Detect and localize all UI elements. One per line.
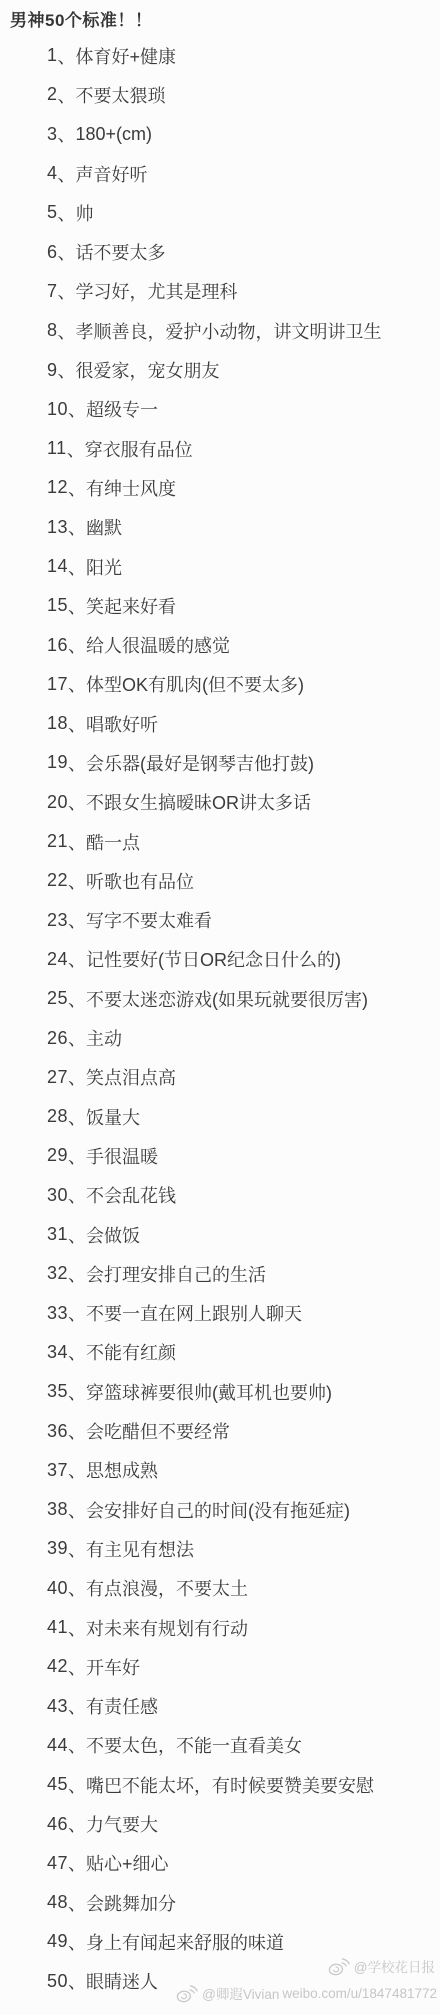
item-separator: 、 [68,1693,86,1719]
item-number: 30 [47,1185,68,1206]
item-separator: 、 [68,1732,86,1758]
item-number: 9 [47,360,58,381]
item-separator: 、 [68,907,86,933]
item-number: 26 [47,1028,68,1049]
list-item: 11、穿衣服有品位 [47,429,382,468]
page-title: 男神50个标准！！ [10,6,152,31]
item-number: 15 [47,595,68,616]
list-item: 19、会乐器(最好是钢琴吉他打鼓) [47,743,382,782]
item-number: 41 [47,1617,68,1638]
item-number: 23 [47,910,68,931]
item-text: 贴心+细心 [86,1850,169,1876]
list-item: 35、穿篮球裤要很帅(戴耳机也要帅) [47,1372,382,1411]
item-text: 有点浪漫，不要太土 [86,1575,248,1601]
item-separator: 、 [68,632,86,658]
item-text: 力气要大 [86,1811,158,1837]
item-number: 42 [47,1656,68,1677]
item-number: 36 [47,1421,68,1442]
item-separator: 、 [68,1222,86,1248]
item-separator: 、 [67,436,85,462]
item-text: 对未来有规划有行动 [86,1615,248,1641]
list-item: 6、话不要太多 [47,232,382,271]
list-item: 26、主动 [47,1018,382,1057]
watermark-school-flower-daily: @学校花日报 [327,1956,435,1976]
item-text: 酷一点 [86,829,140,855]
item-number: 10 [47,399,68,420]
item-text: 写字不要太难看 [86,907,212,933]
item-separator: 、 [68,1654,86,1680]
weibo-icon [174,1982,200,2004]
item-separator: 、 [68,1261,86,1287]
list-item: 27、笑点泪点高 [47,1058,382,1097]
list-item: 16、给人很温暖的感觉 [47,625,382,664]
item-text: 记性要好(节日OR纪念日什么的) [86,946,341,972]
item-separator: 、 [68,1615,86,1641]
item-text: 不要太迷恋游戏(如果玩就要很厉害) [86,986,368,1012]
item-number: 32 [47,1263,68,1284]
list-item: 14、阳光 [47,547,382,586]
item-number: 5 [47,202,58,223]
item-text: 不能有红颜 [86,1339,176,1365]
item-separator: 、 [68,1772,86,1798]
item-text: 很爱家，宠女朋友 [76,357,220,383]
item-number: 16 [47,635,68,656]
item-text: 有主见有想法 [86,1536,194,1562]
standards-list: 1、体育好+健康2、不要太猥琐3、180+(cm)4、声音好听5、帅6、话不要太… [47,36,382,2001]
item-text: 180+(cm) [76,124,153,145]
list-item: 40、有点浪漫，不要太土 [47,1569,382,1608]
list-item: 46、力气要大 [47,1804,382,1843]
list-item: 8、孝顺善良，爱护小动物，讲文明讲卫生 [47,311,382,350]
item-text: 不跟女生搞暧昧OR讲太多话 [86,789,311,815]
item-separator: 、 [68,1379,86,1405]
item-number: 27 [47,1067,68,1088]
item-separator: 、 [68,986,86,1012]
list-item: 5、帅 [47,193,382,232]
item-separator: 、 [68,789,86,815]
item-separator: 、 [68,868,86,894]
item-separator: 、 [68,396,86,422]
item-number: 8 [47,320,58,341]
item-text: 体育好+健康 [76,43,177,69]
item-separator: 、 [68,1890,86,1916]
item-number: 3 [47,124,58,145]
item-number: 40 [47,1578,68,1599]
list-item: 23、写字不要太难看 [47,901,382,940]
list-item: 3、180+(cm) [47,115,382,154]
item-text: 超级专一 [86,396,158,422]
item-number: 11 [47,438,67,459]
list-item: 29、手很温暖 [47,1136,382,1175]
item-text: 主动 [86,1025,122,1051]
list-item: 25、不要太迷恋游戏(如果玩就要很厉害) [47,979,382,1018]
item-separator: 、 [68,1339,86,1365]
item-separator: 、 [68,1575,86,1601]
item-text: 不要太色，不能一直看美女 [86,1732,302,1758]
item-text: 话不要太多 [76,239,166,265]
item-text: 有责任感 [86,1693,158,1719]
item-text: 会安排好自己的时间(没有拖延症) [86,1497,350,1523]
item-number: 47 [47,1853,68,1874]
list-item: 38、会安排好自己的时间(没有拖延症) [47,1490,382,1529]
item-separator: 、 [68,1025,86,1051]
item-text: 不会乱花钱 [86,1182,176,1208]
item-separator: 、 [58,278,76,304]
list-item: 43、有责任感 [47,1686,382,1725]
list-item: 36、会吃醋但不要经常 [47,1411,382,1450]
item-text: 思想成熟 [86,1457,158,1483]
item-number: 50 [47,1971,68,1992]
item-text: 会乐器(最好是钢琴吉他打鼓) [86,750,314,776]
list-item: 1、体育好+健康 [47,36,382,75]
item-separator: 、 [68,1850,86,1876]
item-separator: 、 [58,121,76,147]
item-text: 孝顺善良，爱护小动物，讲文明讲卫生 [76,318,382,344]
item-text: 给人很温暖的感觉 [86,632,230,658]
list-item: 48、会跳舞加分 [47,1883,382,1922]
item-number: 44 [47,1735,68,1756]
list-item: 10、超级专一 [47,390,382,429]
item-number: 20 [47,792,68,813]
list-item: 32、会打理安排自己的生活 [47,1254,382,1293]
item-number: 49 [47,1931,68,1952]
item-separator: 、 [68,1300,86,1326]
item-number: 31 [47,1224,68,1245]
list-item: 33、不要一直在网上跟别人聊天 [47,1294,382,1333]
list-item: 21、酷一点 [47,822,382,861]
list-item: 20、不跟女生搞暧昧OR讲太多话 [47,783,382,822]
item-separator: 、 [68,1811,86,1837]
list-item: 9、很爱家，宠女朋友 [47,350,382,389]
item-separator: 、 [58,357,76,383]
item-number: 19 [47,752,68,773]
list-item: 28、饭量大 [47,1097,382,1136]
item-text: 唱歌好听 [86,711,158,737]
weibo-icon [326,1955,352,1977]
list-item: 18、唱歌好听 [47,704,382,743]
item-text: 听歌也有品位 [86,868,194,894]
item-text: 开车好 [86,1654,140,1680]
item-separator: 、 [68,750,86,776]
item-separator: 、 [68,829,86,855]
item-number: 18 [47,713,68,734]
list-item: 30、不会乱花钱 [47,1176,382,1215]
item-separator: 、 [68,593,86,619]
list-item: 2、不要太猥琐 [47,75,382,114]
item-number: 4 [47,163,58,184]
item-text: 会吃醋但不要经常 [86,1418,230,1444]
item-number: 21 [47,831,68,852]
item-number: 6 [47,242,58,263]
item-text: 声音好听 [76,161,148,187]
item-number: 37 [47,1460,68,1481]
item-number: 12 [47,477,68,498]
list-item: 13、幽默 [47,508,382,547]
item-number: 38 [47,1499,68,1520]
item-separator: 、 [58,82,76,108]
item-text: 会跳舞加分 [86,1890,176,1916]
item-text: 手很温暖 [86,1143,158,1169]
watermark-handle: @学校花日报 [354,1956,435,1976]
watermark-handle: @卿遐Vivian [202,1983,279,2003]
item-text: 身上有闻起来舒服的味道 [86,1929,284,1955]
watermark-vivian-weibo-url: @卿遐Vivianweibo.com/u/1847481772 [175,1983,437,2003]
item-separator: 、 [68,1143,86,1169]
item-number: 22 [47,870,68,891]
item-number: 43 [47,1696,68,1717]
item-text: 嘴巴不能太坏，有时候要赞美要安慰 [86,1772,374,1798]
watermark-url: weibo.com/u/1847481772 [282,1986,437,2001]
item-separator: 、 [68,1536,86,1562]
item-text: 幽默 [86,514,122,540]
item-text: 笑点泪点高 [86,1064,176,1090]
item-number: 45 [47,1774,68,1795]
item-number: 46 [47,1814,68,1835]
item-number: 48 [47,1892,68,1913]
item-text: 帅 [76,200,94,226]
item-number: 28 [47,1106,68,1127]
list-item: 31、会做饭 [47,1215,382,1254]
item-separator: 、 [68,1064,86,1090]
item-separator: 、 [68,475,86,501]
list-item: 12、有绅士风度 [47,468,382,507]
item-number: 35 [47,1381,68,1402]
item-text: 阳光 [86,554,122,580]
item-separator: 、 [58,200,76,226]
list-item: 15、笑起来好看 [47,586,382,625]
list-item: 4、声音好听 [47,154,382,193]
item-text: 穿篮球裤要很帅(戴耳机也要帅) [86,1379,332,1405]
item-number: 2 [47,84,58,105]
item-text: 饭量大 [86,1104,140,1130]
item-separator: 、 [68,1929,86,1955]
list-item: 34、不能有红颜 [47,1333,382,1372]
list-item: 42、开车好 [47,1647,382,1686]
item-number: 33 [47,1303,68,1324]
list-item: 39、有主见有想法 [47,1529,382,1568]
list-item: 45、嘴巴不能太坏，有时候要赞美要安慰 [47,1765,382,1804]
item-text: 会做饭 [86,1222,140,1248]
item-number: 24 [47,949,68,970]
item-separator: 、 [68,711,86,737]
item-number: 14 [47,556,68,577]
item-separator: 、 [68,514,86,540]
item-separator: 、 [58,318,76,344]
list-item: 44、不要太色，不能一直看美女 [47,1726,382,1765]
item-number: 13 [47,517,68,538]
list-item: 7、学习好，尤其是理科 [47,272,382,311]
item-number: 1 [47,45,58,66]
item-number: 34 [47,1342,68,1363]
item-text: 笑起来好看 [86,593,176,619]
item-separator: 、 [58,161,76,187]
list-item: 22、听歌也有品位 [47,861,382,900]
list-item: 17、体型OK有肌肉(但不要太多) [47,665,382,704]
item-text: 有绅士风度 [86,475,176,501]
item-separator: 、 [68,1104,86,1130]
item-text: 不要太猥琐 [76,82,166,108]
item-number: 25 [47,988,68,1009]
item-separator: 、 [68,671,86,697]
list-item: 47、贴心+细心 [47,1844,382,1883]
item-separator: 、 [68,1418,86,1444]
item-text: 学习好，尤其是理科 [76,278,238,304]
list-item: 24、记性要好(节日OR纪念日什么的) [47,940,382,979]
item-text: 不要一直在网上跟别人聊天 [86,1300,302,1326]
item-text: 穿衣服有品位 [85,436,193,462]
item-separator: 、 [58,239,76,265]
item-text: 体型OK有肌肉(但不要太多) [86,671,304,697]
item-separator: 、 [68,1182,86,1208]
list-item: 41、对未来有规划有行动 [47,1608,382,1647]
item-number: 29 [47,1145,68,1166]
item-number: 7 [47,281,58,302]
list-item: 37、思想成熟 [47,1451,382,1490]
item-separator: 、 [68,1968,86,1994]
item-separator: 、 [68,554,86,580]
item-separator: 、 [68,1497,86,1523]
item-separator: 、 [58,43,76,69]
item-number: 39 [47,1538,68,1559]
item-text: 眼睛迷人 [86,1968,158,1994]
item-number: 17 [47,674,68,695]
item-separator: 、 [68,1457,86,1483]
item-separator: 、 [68,946,86,972]
item-text: 会打理安排自己的生活 [86,1261,266,1287]
